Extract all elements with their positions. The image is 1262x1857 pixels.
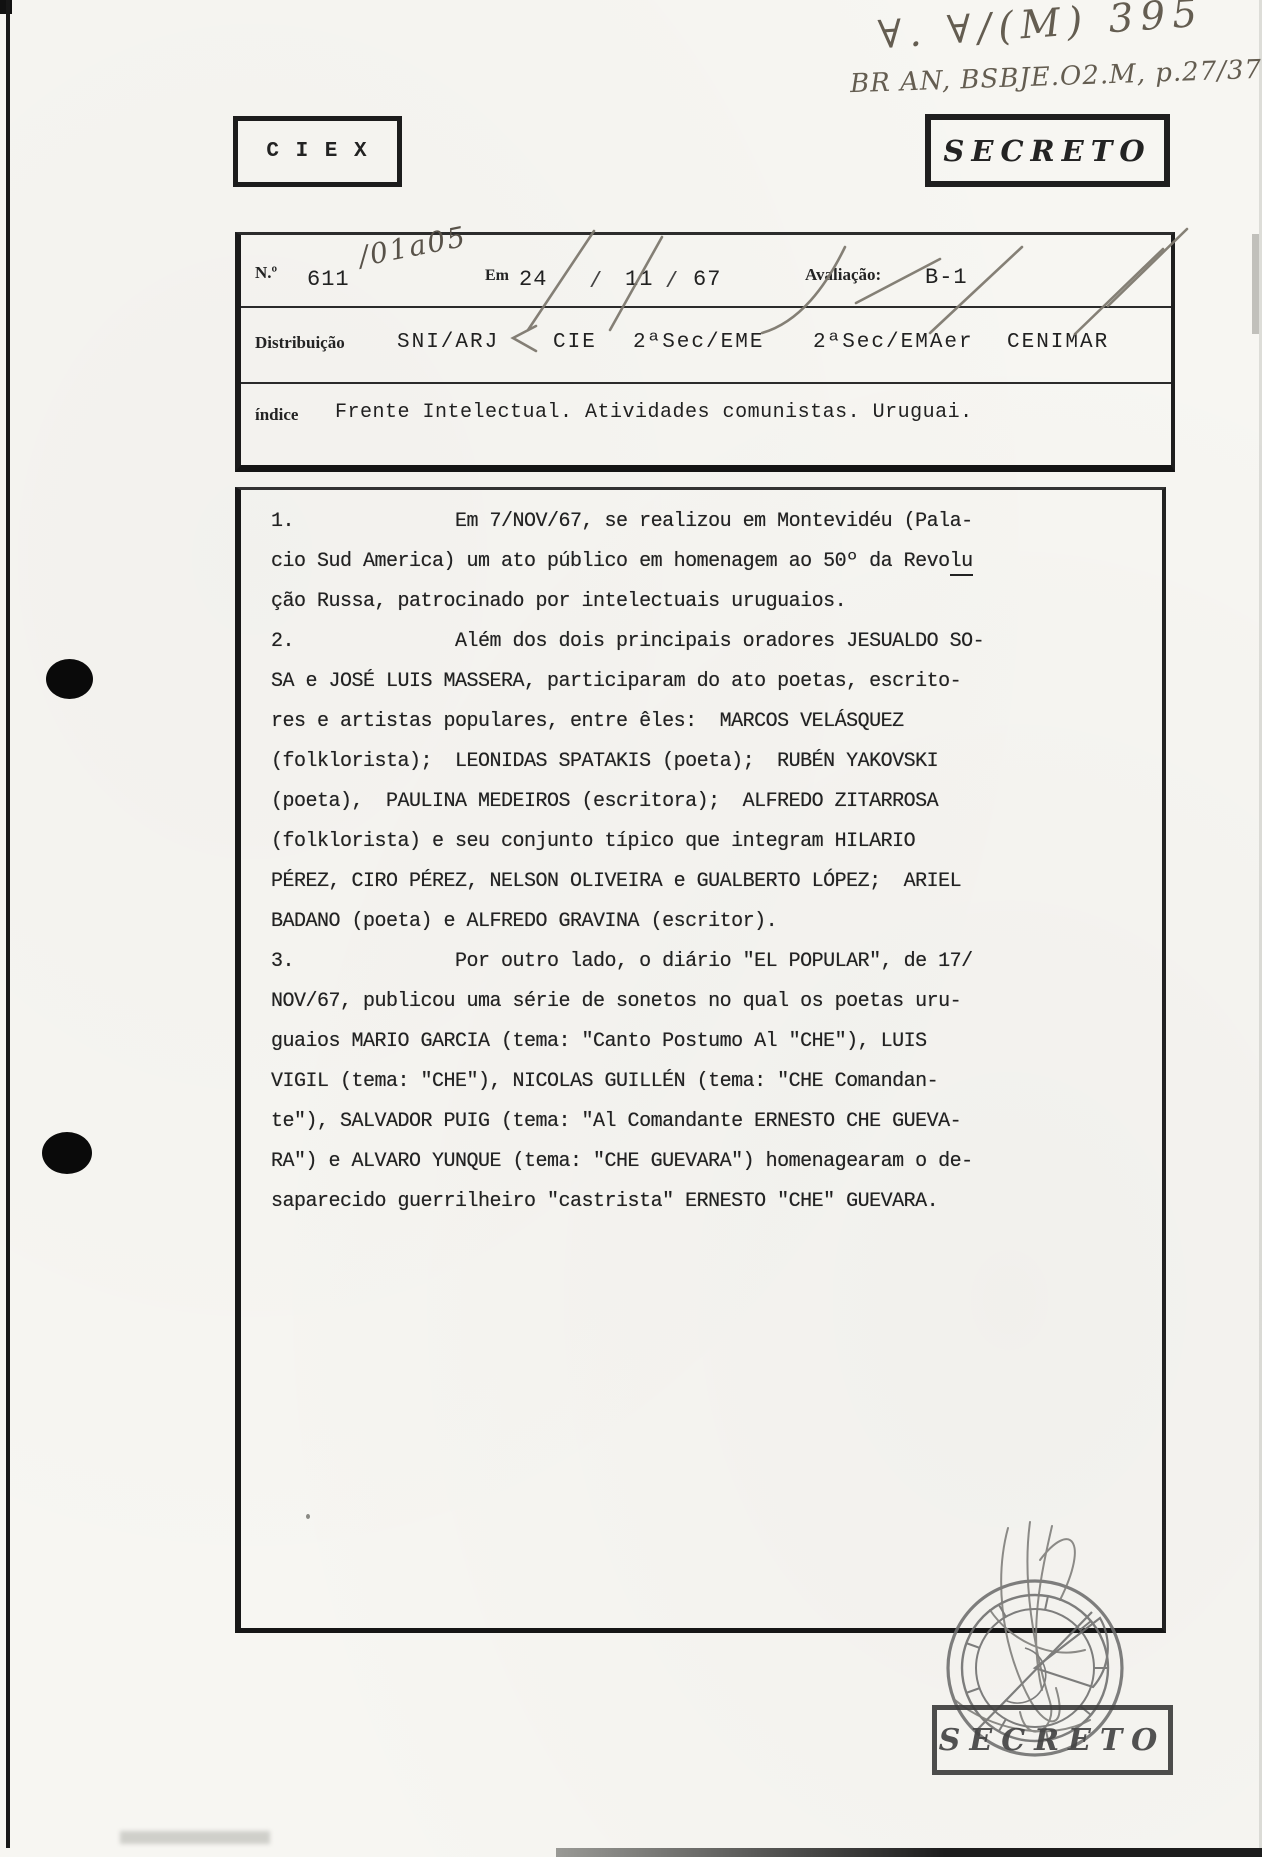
- date-day: 24: [519, 267, 547, 292]
- text-line: PÉREZ, CIRO PÉREZ, NELSON OLIVEIRA e GUA…: [271, 862, 984, 902]
- date-label: Em: [485, 267, 509, 285]
- text-line: 1. Em 7/NOV/67, se realizou em Montevidé…: [271, 502, 984, 542]
- text-line: RA") e ALVARO YUNQUE (tema: "CHE GUEVARA…: [271, 1142, 984, 1182]
- document-page: ∀. ∀/(M) 395 BR AN, BSBJE.O2.M, p.27/37 …: [0, 0, 1262, 1857]
- text-line: VIGIL (tema: "CHE"), NICOLAS GUILLÉN (te…: [271, 1062, 984, 1102]
- paper-edge-shadow: [1252, 234, 1259, 334]
- date-separator: /: [665, 269, 679, 294]
- text-line: saparecido guerrilheiro "castrista" ERNE…: [271, 1182, 984, 1222]
- index-label: índice: [255, 405, 298, 425]
- distribution-item: SNI/ARJ: [397, 331, 499, 354]
- text-line: BADANO (poeta) e ALFREDO GRAVINA (escrit…: [271, 902, 984, 942]
- index-value: Frente Intelectual. Atividades comunista…: [335, 401, 973, 424]
- table-divider: [241, 306, 1171, 308]
- handwritten-code: ∀. ∀/(M) 395: [877, 0, 1206, 58]
- scan-smudge: [120, 1831, 270, 1844]
- punch-hole: [46, 659, 93, 699]
- text-line: cio Sud America) um ato público em homen…: [271, 542, 984, 582]
- distribution-item: 2ªSec/EMAer: [813, 331, 974, 354]
- text-line: (folklorista); LEONIDAS SPATAKIS (poeta)…: [271, 742, 984, 782]
- text-line: res e artistas populares, entre êles: MA…: [271, 702, 984, 742]
- distribution-item: 2ªSec/EME: [633, 331, 764, 354]
- table-divider: [241, 382, 1171, 384]
- scan-edge-line: [6, 0, 10, 1848]
- text-line: (poeta), PAULINA MEDEIROS (escritora); A…: [271, 782, 984, 822]
- text-line: 3. Por outro lado, o diário "EL POPULAR"…: [271, 942, 984, 982]
- date-month: 11: [625, 267, 653, 292]
- text-line: guaios MARIO GARCIA (tema: "Canto Postum…: [271, 1022, 984, 1062]
- typewritten-text: 1. Em 7/NOV/67, se realizou em Montevidé…: [271, 502, 984, 1222]
- document-body-box: 1. Em 7/NOV/67, se realizou em Montevidé…: [235, 487, 1166, 1633]
- avaliacao-label: Avaliação:: [805, 265, 881, 285]
- distribution-label: Distribuição: [255, 333, 345, 353]
- ciex-stamp: C I E X: [233, 116, 402, 187]
- distribution-item: CENIMAR: [1007, 331, 1109, 354]
- text-line: 2. Além dos dois principais oradores JES…: [271, 622, 984, 662]
- scan-bottom-edge: [556, 1848, 1262, 1857]
- handwritten-archive-reference: BR AN, BSBJE.O2.M, p.27/37: [850, 55, 1262, 99]
- text-line: ção Russa, patrocinado por intelectuais …: [271, 582, 984, 622]
- text-line: (folklorista) e seu conjunto típico que …: [271, 822, 984, 862]
- number-label: N.º: [255, 263, 277, 283]
- text-line: te"), SALVADOR PUIG (tema: "Al Comandant…: [271, 1102, 984, 1142]
- document-number: 611: [307, 267, 350, 292]
- avaliacao-value: B-1: [925, 265, 968, 290]
- distribution-item: CIE: [553, 331, 597, 354]
- date-year: 67: [693, 267, 721, 292]
- text-line: SA e JOSÉ LUIS MASSERA, participaram do …: [271, 662, 984, 702]
- secreto-stamp-top: SECRETO: [925, 114, 1170, 187]
- punch-hole: [42, 1132, 92, 1174]
- date-separator: /: [589, 269, 603, 294]
- secreto-stamp-bottom: SECRETO: [932, 1705, 1173, 1775]
- text-line: NOV/67, publicou uma série de sonetos no…: [271, 982, 984, 1022]
